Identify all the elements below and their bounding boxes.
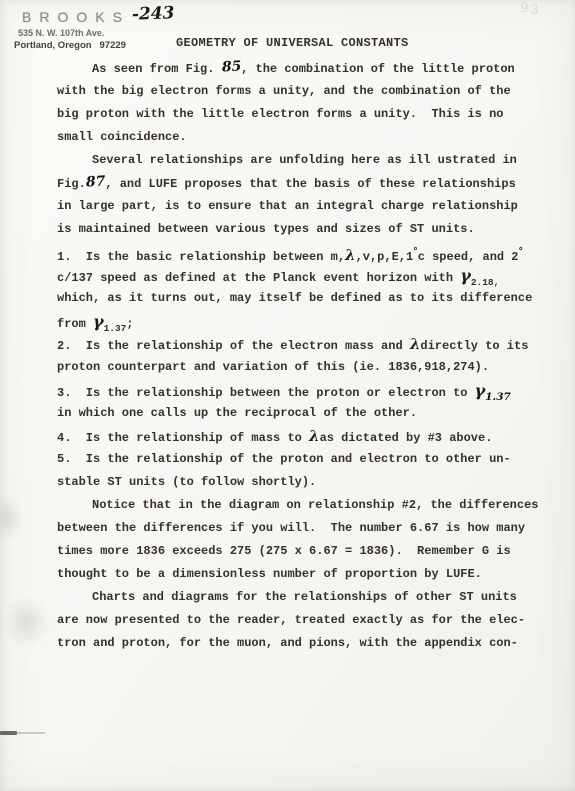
typed-text: between the differences if you will. The… [57,521,525,535]
typed-text: 1. Is the basic relationship between m, [57,250,345,264]
faint-pencil-corner-mark: 93 [519,1,541,19]
gamma-symbol: γ [475,381,486,400]
typed-text: 3. Is the relationship between the proto… [57,386,475,400]
document-line: in which one calls up the reciprocal of … [57,402,557,425]
typed-text: proton counterpart and variation of this… [57,360,489,374]
document-line: are now presented to the reader, treated… [57,609,557,632]
typed-text: Several relationships are unfolding here… [92,153,517,167]
document-body: As seen from Fig. 85, the combination of… [57,57,557,655]
document-line: thought to be a dimensionless number of … [57,563,557,586]
document-line: tron and proton, for the muon, and pions… [57,632,557,655]
document-line: c/137 speed as defined at the Planck eve… [57,264,557,287]
typed-text: 4. Is the relationship of mass to [57,431,309,445]
superscript-mark: ° [519,247,524,257]
letterhead-name: BROOKS [22,9,130,25]
typed-text: as dictated by #3 above. [320,431,493,445]
scanned-document-page: BROOKS-243 535 N. W. 107th Ave. Portland… [0,0,575,791]
typed-text: Fig. [57,177,86,191]
typed-text: thought to be a dimensionless number of … [57,567,482,581]
handwritten-annotation: 87 [85,171,106,195]
document-line: from γ1.37; [57,310,557,333]
gamma-symbol: γ [93,312,104,331]
document-line: 4. Is the relationship of mass to λas di… [57,425,557,448]
document-line: Fig.87, and LUFE proposes that the basis… [57,172,557,195]
handwritten-page-number: -243 [131,3,174,24]
letterhead: BROOKS-243 535 N. W. 107th Ave. Portland… [14,7,174,51]
letterhead-address-line1: 535 N. W. 107th Ave. [18,28,174,38]
typed-text: Charts and diagrams for the relationship… [92,590,517,604]
typed-text: Notice that in the diagram on relationsh… [92,498,538,512]
document-line: As seen from Fig. 85, the combination of… [57,57,557,80]
typed-text: ,v,p,E,1 [356,250,414,264]
document-line: is maintained between various types and … [57,218,557,241]
typed-text: tron and proton, for the muon, and pions… [57,636,518,650]
typed-text: are now presented to the reader, treated… [57,613,525,627]
typed-text: big proton with the little electron form… [57,107,503,121]
typed-text: , and LUFE proposes that the basis of th… [105,177,515,191]
typed-text: c/137 speed as defined at the Planck eve… [57,271,460,285]
document-line: times more 1836 exceeds 275 (275 x 6.67 … [57,540,557,563]
typed-text: is maintained between various types and … [57,222,475,236]
typed-text: with the big electron forms a unity, and… [57,84,511,98]
typed-text: small coincidence. [57,130,187,144]
typed-text: stable ST units (to follow shortly). [57,475,316,489]
document-line: in large part, is to ensure that an inte… [57,195,557,218]
handwritten-subscript: 1.37 [485,391,511,403]
document-line: 2. Is the relationship of the electron m… [57,333,557,356]
typed-text: times more 1836 exceeds 275 (275 x 6.67 … [57,544,511,558]
document-line: Several relationships are unfolding here… [57,149,557,172]
lambda-symbol: λ [309,427,320,445]
page-title: GEOMETRY OF UNIVERSAL CONSTANTS [176,36,409,50]
scan-smudge [0,496,22,540]
document-line: 5. Is the relationship of the proton and… [57,448,557,471]
typed-text: , the combination of the little proton [241,62,515,76]
letterhead-address-line2: Portland, Oregon 97229 [14,40,174,51]
letterhead-name-row: BROOKS-243 [14,7,174,27]
typed-text: c speed, and 2 [418,250,519,264]
typed-text: 2. Is the relationship of the electron m… [57,339,410,353]
typed-text: As seen from Fig. [92,62,222,76]
document-line: which, as it turns out, may itself be de… [57,287,557,310]
document-line: 1. Is the basic relationship between m,λ… [57,241,557,264]
document-line: with the big electron forms a unity, and… [57,80,557,103]
typed-text: directly to its [420,339,528,353]
document-line: Notice that in the diagram on relationsh… [57,494,557,517]
lambda-symbol: λ [410,335,421,353]
typed-text: which, as it turns out, may itself be de… [57,291,532,305]
typed-text: in which one calls up the reciprocal of … [57,406,417,420]
typed-text: ; [126,317,133,331]
document-line: stable ST units (to follow shortly). [57,471,557,494]
edge-ink-mark-tail [15,732,45,734]
document-line: small coincidence. [57,126,557,149]
scan-smudge [4,596,50,648]
handwritten-annotation: 85 [221,56,242,80]
document-line: Charts and diagrams for the relationship… [57,586,557,609]
gamma-symbol: γ [460,266,471,285]
document-line: proton counterpart and variation of this… [57,356,557,379]
document-line: between the differences if you will. The… [57,517,557,540]
document-line: big proton with the little electron form… [57,103,557,126]
document-line: 3. Is the relationship between the proto… [57,379,557,402]
lambda-symbol: λ [345,246,356,264]
typed-text: from [57,317,93,331]
typed-text: 5. Is the relationship of the proton and… [57,452,511,466]
typed-text: in large part, is to ensure that an inte… [57,199,518,213]
